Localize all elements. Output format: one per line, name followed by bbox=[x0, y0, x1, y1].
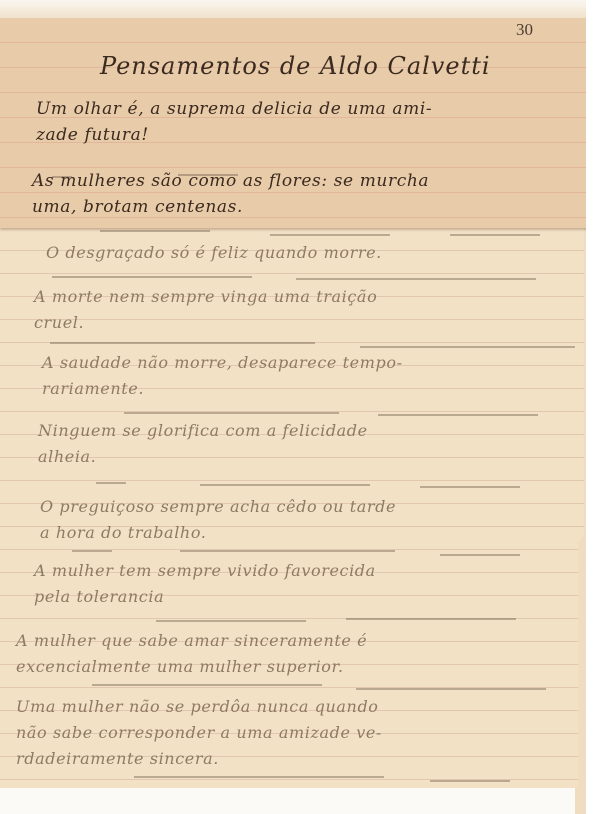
divider-line bbox=[430, 780, 510, 782]
thought-5: A saudade não morre, desaparece tempo- r… bbox=[42, 350, 582, 402]
divider-line bbox=[270, 234, 390, 236]
thought-line: rdadeiramente sincera. bbox=[16, 746, 576, 772]
divider-line bbox=[50, 342, 315, 344]
divider-line bbox=[296, 278, 536, 280]
divider-dash bbox=[72, 550, 112, 552]
thought-line: A mulher que sabe amar sinceramente é bbox=[16, 628, 576, 654]
divider-line bbox=[200, 484, 370, 486]
thought-10: Uma mulher não se perdôa nunca quando nã… bbox=[16, 694, 576, 772]
thought-line: excencialmente uma mulher superior. bbox=[16, 654, 576, 680]
thought-line: O desgraçado só é feliz quando morre. bbox=[46, 240, 586, 266]
thought-8: A mulher tem sempre vivido favorecida pe… bbox=[34, 558, 574, 610]
divider-line bbox=[360, 346, 575, 348]
divider-line bbox=[156, 620, 306, 622]
thought-9: A mulher que sabe amar sinceramente é ex… bbox=[16, 628, 576, 680]
page-title: Pensamentos de Aldo Calvetti bbox=[100, 52, 520, 80]
thought-line: rariamente. bbox=[42, 376, 582, 402]
thought-6: Ninguem se glorifica com a felicidade al… bbox=[38, 418, 578, 470]
thought-line: As mulheres são como as flores: se murch… bbox=[32, 168, 572, 194]
thought-line: uma, brotam centenas. bbox=[32, 194, 572, 220]
thought-1: Um olhar é, a suprema delicia de uma ami… bbox=[36, 96, 576, 148]
page-top-margin bbox=[0, 0, 600, 20]
divider-line bbox=[100, 230, 210, 232]
thought-line: cruel. bbox=[34, 310, 574, 336]
divider-line bbox=[180, 550, 395, 552]
page-right-margin bbox=[586, 0, 600, 814]
thought-line: A mulher tem sempre vivido favorecida bbox=[34, 558, 574, 584]
divider-line bbox=[124, 412, 339, 414]
thought-line: pela tolerancia bbox=[34, 584, 574, 610]
page-bottom-margin bbox=[0, 788, 575, 814]
divider-line bbox=[420, 486, 520, 488]
divider-line bbox=[52, 276, 252, 278]
divider-dash bbox=[96, 482, 126, 484]
thought-line: Ninguem se glorifica com a felicidade bbox=[38, 418, 578, 444]
thought-2: As mulheres são como as flores: se murch… bbox=[32, 168, 572, 220]
thought-line: não sabe corresponder a uma amizade ve- bbox=[16, 720, 576, 746]
thought-line: a hora do trabalho. bbox=[40, 520, 580, 546]
thought-line: zade futura! bbox=[36, 122, 576, 148]
thought-line: A saudade não morre, desaparece tempo- bbox=[42, 350, 582, 376]
divider-line bbox=[134, 776, 384, 778]
divider-line bbox=[450, 234, 540, 236]
thought-line: alheia. bbox=[38, 444, 578, 470]
divider-line bbox=[346, 618, 516, 620]
divider-line bbox=[92, 684, 322, 686]
divider-line bbox=[356, 688, 546, 690]
thought-line: O preguiçoso sempre acha cêdo ou tarde bbox=[40, 494, 580, 520]
thought-line: A morte nem sempre vinga uma traição bbox=[34, 284, 574, 310]
thought-line: Um olhar é, a suprema delicia de uma ami… bbox=[36, 96, 576, 122]
thought-4: A morte nem sempre vinga uma traição cru… bbox=[34, 284, 574, 336]
thought-3: O desgraçado só é feliz quando morre. bbox=[46, 240, 586, 266]
divider-line bbox=[440, 554, 520, 556]
thought-line: Uma mulher não se perdôa nunca quando bbox=[16, 694, 576, 720]
divider-line bbox=[378, 414, 538, 416]
thought-7: O preguiçoso sempre acha cêdo ou tarde a… bbox=[40, 494, 580, 546]
page-number: 30 bbox=[516, 20, 533, 40]
